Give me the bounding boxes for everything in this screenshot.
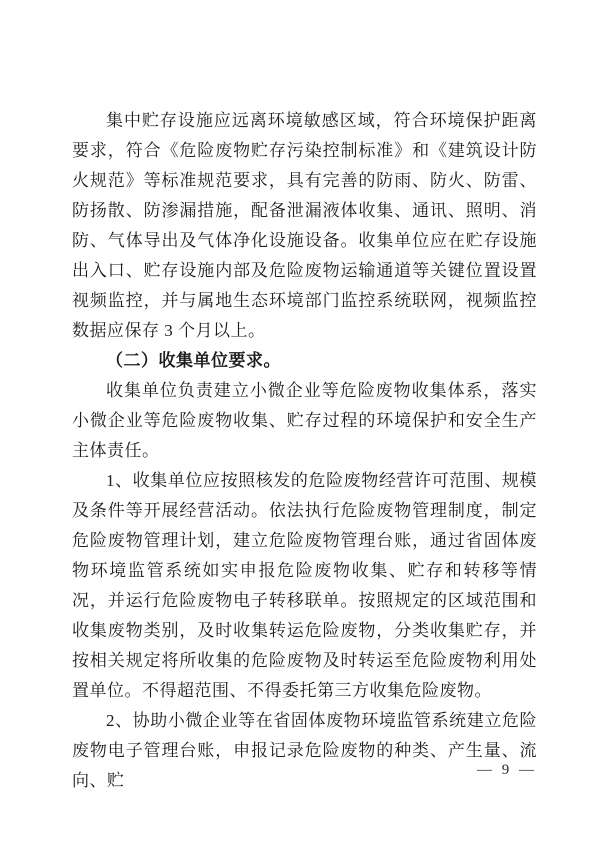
section-heading-collection-unit-requirements: （二）收集单位要求。: [72, 346, 537, 376]
page-number: — 9 —: [477, 760, 537, 780]
document-page: 集中贮存设施应远离环境敏感区域，符合环境保护距离要求，符合《危险废物贮存污染控制…: [0, 0, 600, 848]
document-body: 集中贮存设施应远离环境敏感区域，符合环境保护距离要求，符合《危险废物贮存污染控制…: [72, 106, 537, 796]
paragraph-item-2-electronic-ledger: 2、协助小微企业等在省固体废物环境监管系统建立危险废物电子管理台账，申报记录危险…: [72, 706, 537, 796]
paragraph-collection-system-responsibility: 收集单位负责建立小微企业等危险废物收集体系，落实小微企业等危险废物收集、贮存过程…: [72, 376, 537, 466]
paragraph-item-1-license-operation: 1、收集单位应按照核发的危险废物经营许可范围、规模及条件等开展经营活动。依法执行…: [72, 466, 537, 706]
paragraph-storage-requirements: 集中贮存设施应远离环境敏感区域，符合环境保护距离要求，符合《危险废物贮存污染控制…: [72, 106, 537, 346]
